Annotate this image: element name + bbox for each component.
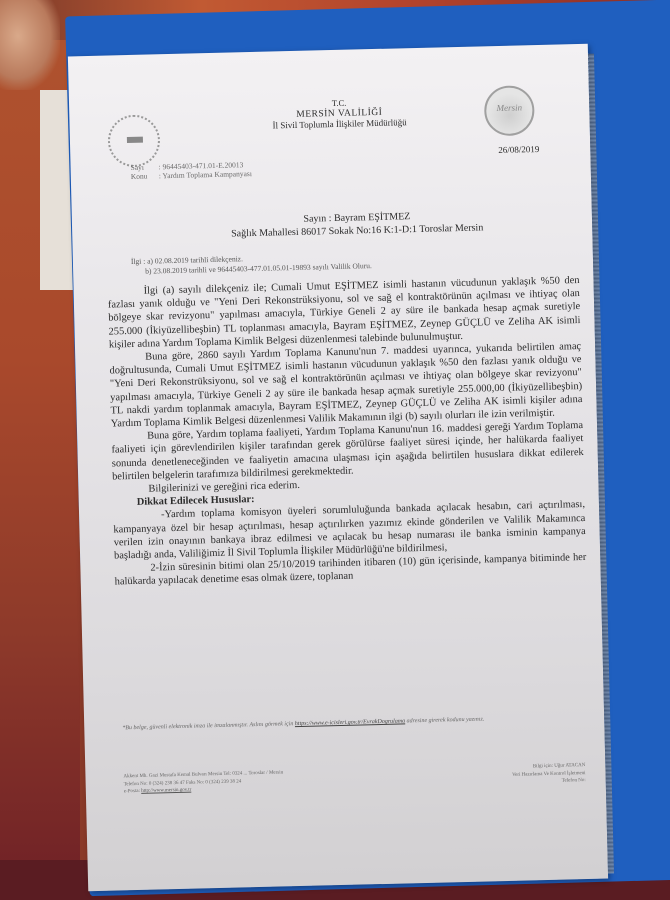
document-page: T.C. MERSİN VALİLİĞİ İl Sivil Toplumla İ… bbox=[68, 44, 608, 891]
footnote-text: *Bu belge, güvenli elektronik imza ile i… bbox=[122, 721, 293, 731]
paragraph-2: Buna göre, 2860 sayılı Yardım Toplama Ka… bbox=[109, 340, 583, 431]
footer-email-label: e-Posta: bbox=[124, 789, 140, 794]
footer-info-phone: Telefon No: bbox=[486, 777, 586, 787]
letterhead: T.C. MERSİN VALİLİĞİ İl Sivil Toplumla İ… bbox=[219, 95, 460, 132]
recipient-block: Sayın : Bayram EŞİTMEZ Sağlık Mahallesi … bbox=[192, 207, 523, 241]
footer-web-link[interactable]: http://www.mersin.gov.tr bbox=[141, 788, 191, 794]
hand bbox=[0, 0, 60, 90]
letter-date: 26/08/2019 bbox=[498, 143, 539, 157]
verification-link[interactable]: https://www.e-icisleri.gov.tr/EvrakDogru… bbox=[295, 718, 405, 727]
paragraph-1: İlgi (a) sayılı dilekçeniz ile; Cumali U… bbox=[107, 274, 580, 352]
footer-info: Bilgi için: Uğur ATACAN Veri Hazırlama V… bbox=[485, 762, 586, 787]
mersin-logo-icon: Mersin bbox=[484, 85, 535, 136]
subject-label: Konu bbox=[131, 171, 159, 181]
letter-body: İlgi (a) sayılı dilekçeniz ile; Cumali U… bbox=[107, 274, 586, 589]
verification-footnote: *Bu belge, güvenli elektronik imza ile i… bbox=[122, 714, 582, 733]
ministry-emblem-icon bbox=[107, 114, 160, 167]
footer-contact: Akkent Mh. Gazi Mustafa Kemal Bulvarı Me… bbox=[123, 769, 283, 795]
letter-meta: Sayı: 96445403-471.01-E.20013 Konu: Yard… bbox=[130, 160, 251, 181]
references: İlgi : a) 02.08.2019 tarihli dilekçeniz.… bbox=[131, 251, 372, 277]
subject-value: : Yardım Toplama Kampanyası bbox=[159, 169, 252, 180]
letter-content: T.C. MERSİN VALİLİĞİ İl Sivil Toplumla İ… bbox=[99, 84, 569, 95]
footnote-code: adresine girerek kodunu yazınız. bbox=[407, 717, 485, 725]
